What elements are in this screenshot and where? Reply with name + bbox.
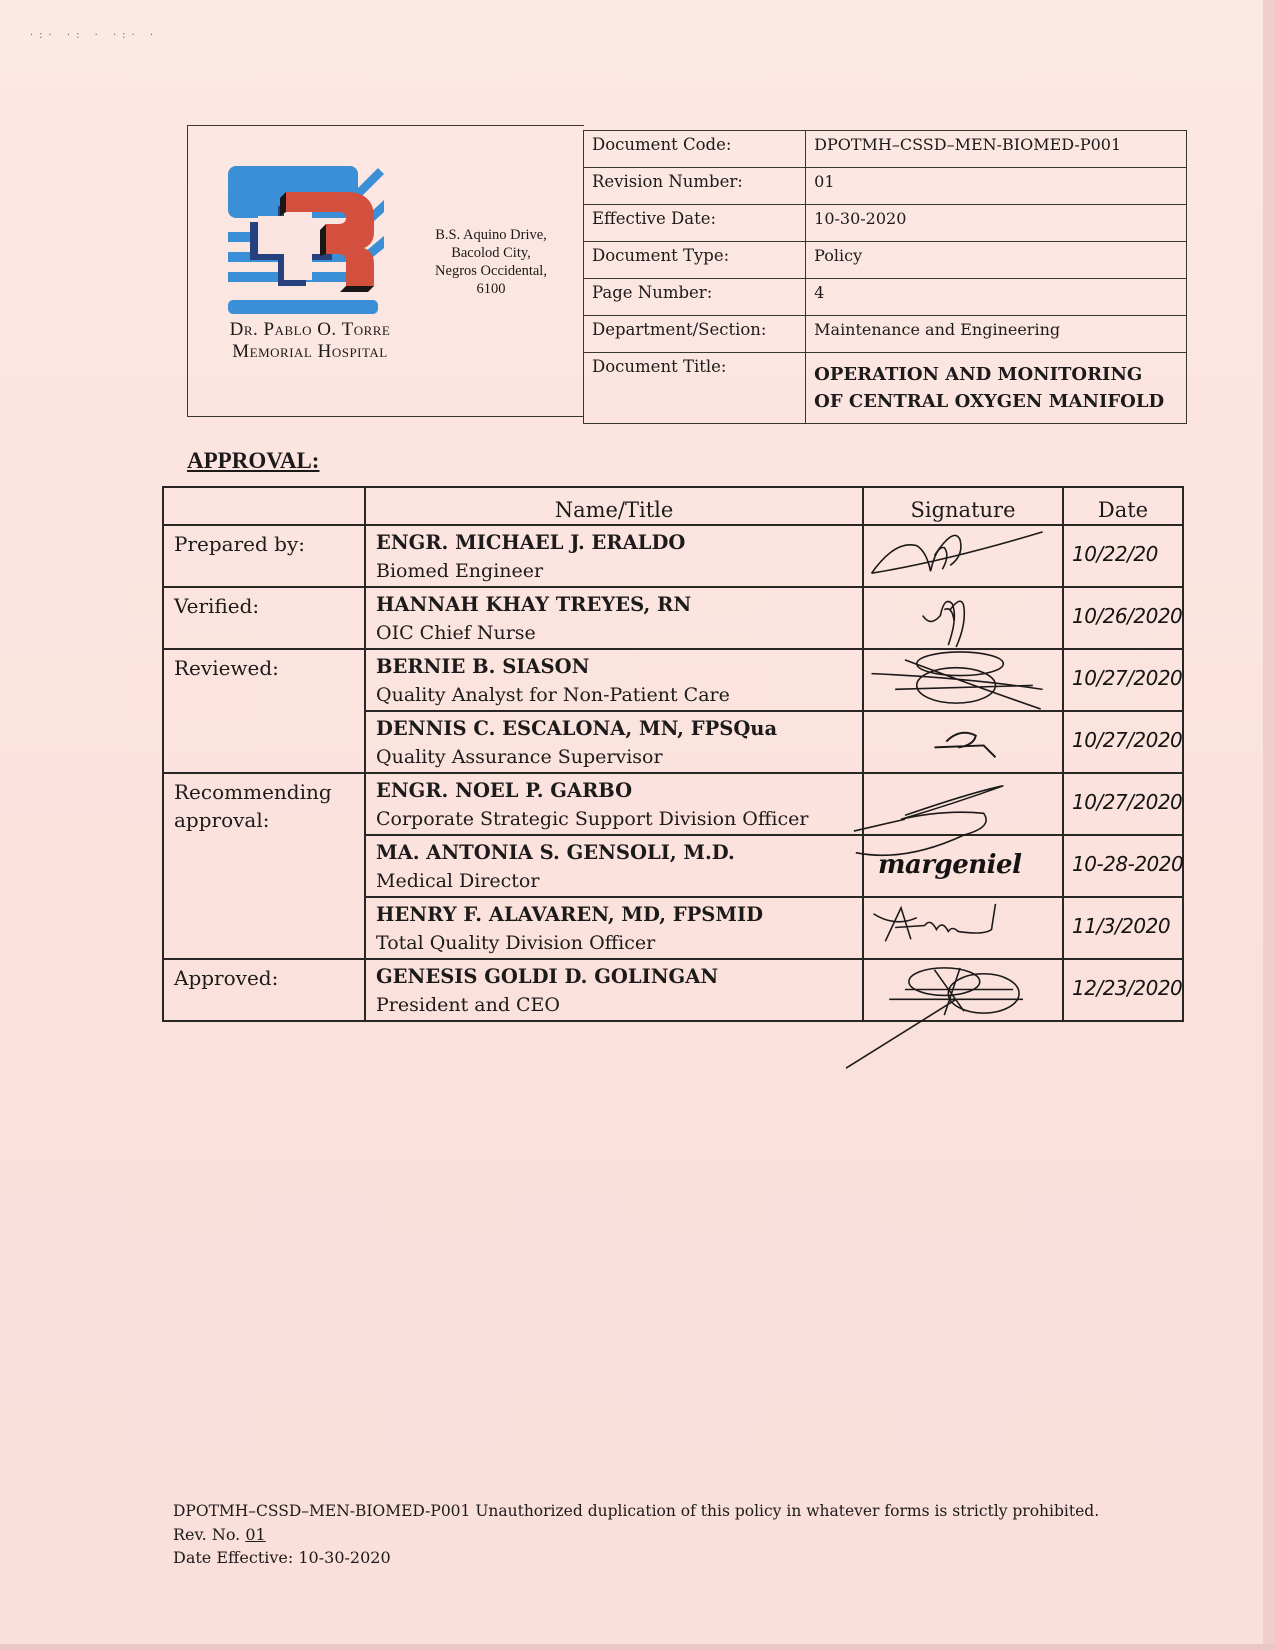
signatory-name: HENRY F. ALAVAREN, MD, FPSMID — [376, 901, 852, 929]
signatory: DENNIS C. ESCALONA, MN, FPSQua Quality A… — [365, 711, 863, 773]
date-cell: 10/22/20 — [1063, 525, 1183, 587]
address-line: 6100 — [416, 280, 566, 298]
approval-row: Reviewed: BERNIE B. SIASON Quality Analy… — [163, 649, 1183, 711]
scan-edge-bottom — [0, 1644, 1275, 1650]
date-cell: 10-28-2020 — [1063, 835, 1183, 897]
hospital-address: B.S. Aquino Drive, Bacolod City, Negros … — [416, 226, 566, 298]
date-cell: 11/3/2020 — [1063, 897, 1183, 959]
date-cell: 12/23/2020 — [1063, 959, 1183, 1021]
meta-row-document-title: Document Title: OPERATION AND MONITORING… — [584, 353, 1187, 424]
signature-cell — [863, 587, 1063, 649]
scan-edge — [1263, 0, 1275, 1650]
handwritten-date: 10/27/2020 — [1072, 666, 1182, 690]
signatory: MA. ANTONIA S. GENSOLI, M.D. Medical Dir… — [365, 835, 863, 897]
meta-row-revision-number: Revision Number: 01 — [584, 168, 1187, 205]
meta-label: Department/Section: — [584, 316, 806, 353]
meta-value: DPOTMH–CSSD–MEN-BIOMED-P001 — [806, 131, 1187, 168]
signature-cell — [863, 649, 1063, 711]
signatory-title: Corporate Strategic Support Division Off… — [376, 805, 852, 833]
signature-cell — [863, 959, 1063, 1021]
footer-date-value: 10-30-2020 — [298, 1548, 390, 1567]
column-header-role — [163, 487, 365, 525]
handwritten-signature: margeniel — [878, 850, 1021, 880]
meta-label: Document Title: — [584, 353, 806, 424]
column-header-signature: Signature — [863, 487, 1063, 525]
signatory-name: BERNIE B. SIASON — [376, 653, 852, 681]
approval-row: Approved: GENESIS GOLDI D. GOLINGAN Pres… — [163, 959, 1183, 1021]
footer-date-effective: Date Effective: 10-30-2020 — [173, 1546, 1099, 1569]
handwritten-date: 10-28-2020 — [1072, 852, 1183, 876]
signatory-name: ENGR. MICHAEL J. ERALDO — [376, 529, 852, 557]
meta-value: 4 — [806, 279, 1187, 316]
document-title: OPERATION AND MONITORING OF CENTRAL OXYG… — [806, 353, 1187, 424]
footer-rev-value: 01 — [245, 1525, 265, 1544]
signatory: HENRY F. ALAVAREN, MD, FPSMID Total Qual… — [365, 897, 863, 959]
signature-cell: margeniel — [863, 835, 1063, 897]
meta-label: Document Type: — [584, 242, 806, 279]
document-title-line2: OF CENTRAL OXYGEN MANIFOLD — [814, 388, 1178, 415]
document-meta-table: Document Code: DPOTMH–CSSD–MEN-BIOMED-P0… — [583, 130, 1187, 424]
hospital-name: Dr. Pablo O. Torre Memorial Hospital — [196, 319, 424, 363]
handwritten-date: 10/27/2020 — [1072, 790, 1182, 814]
signatory: ENGR. NOEL P. GARBO Corporate Strategic … — [365, 773, 863, 835]
signatory-title: President and CEO — [376, 991, 852, 1019]
meta-row-page-number: Page Number: 4 — [584, 279, 1187, 316]
signatory-name: DENNIS C. ESCALONA, MN, FPSQua — [376, 715, 852, 743]
document-footer: DPOTMH–CSSD–MEN-BIOMED-P001 Unauthorized… — [173, 1500, 1099, 1569]
meta-label: Page Number: — [584, 279, 806, 316]
hospital-name-line1: Dr. Pablo O. Torre — [196, 319, 424, 341]
meta-row-document-type: Document Type: Policy — [584, 242, 1187, 279]
signatory-title: Quality Analyst for Non-Patient Care — [376, 681, 852, 709]
handwritten-date: 10/26/2020 — [1072, 604, 1182, 628]
signature-icon — [864, 898, 1062, 958]
signatory-title: Biomed Engineer — [376, 557, 852, 585]
signatory-name: MA. ANTONIA S. GENSOLI, M.D. — [376, 839, 852, 867]
signatory: BERNIE B. SIASON Quality Analyst for Non… — [365, 649, 863, 711]
signature-cell — [863, 711, 1063, 773]
signature-icon — [864, 960, 1062, 1020]
date-cell: 10/26/2020 — [1063, 587, 1183, 649]
footer-date-label: Date Effective: — [173, 1548, 293, 1567]
address-line: B.S. Aquino Drive, — [416, 226, 566, 244]
signature-cell — [863, 525, 1063, 587]
role-label: Reviewed: — [163, 649, 365, 773]
signature-icon — [864, 774, 1062, 834]
role-label: Approved: — [163, 959, 365, 1021]
signatory-name: GENESIS GOLDI D. GOLINGAN — [376, 963, 852, 991]
signature-cell — [863, 773, 1063, 835]
signatory: ENGR. MICHAEL J. ERALDO Biomed Engineer — [365, 525, 863, 587]
meta-row-document-code: Document Code: DPOTMH–CSSD–MEN-BIOMED-P0… — [584, 131, 1187, 168]
footer-rev-label: Rev. No. — [173, 1525, 240, 1544]
document-title-line1: OPERATION AND MONITORING — [814, 361, 1178, 388]
meta-label: Revision Number: — [584, 168, 806, 205]
signatory: HANNAH KHAY TREYES, RN OIC Chief Nurse — [365, 587, 863, 649]
handwritten-date: 11/3/2020 — [1072, 914, 1170, 938]
hospital-cross-r-logo-icon — [228, 166, 386, 314]
meta-label: Effective Date: — [584, 205, 806, 242]
approval-row: Recommending approval: ENGR. NOEL P. GAR… — [163, 773, 1183, 835]
scan-specks: ·:· ·: · ·:· · — [30, 30, 159, 41]
hospital-name-line2: Memorial Hospital — [196, 341, 424, 363]
signatory-name: ENGR. NOEL P. GARBO — [376, 777, 852, 805]
signatory-title: Quality Assurance Supervisor — [376, 743, 852, 771]
approval-heading: APPROVAL: — [187, 448, 319, 474]
signatory-title: Total Quality Division Officer — [376, 929, 852, 957]
footer-notice: DPOTMH–CSSD–MEN-BIOMED-P001 Unauthorized… — [173, 1500, 1099, 1523]
signature-icon — [864, 588, 1062, 648]
date-cell: 10/27/2020 — [1063, 649, 1183, 711]
hospital-identity-box: Dr. Pablo O. Torre Memorial Hospital B.S… — [187, 125, 584, 417]
address-line: Negros Occidental, — [416, 262, 566, 280]
meta-value: Policy — [806, 242, 1187, 279]
address-line: Bacolod City, — [416, 244, 566, 262]
signatory-name: HANNAH KHAY TREYES, RN — [376, 591, 852, 619]
approval-row: Verified: HANNAH KHAY TREYES, RN OIC Chi… — [163, 587, 1183, 649]
date-cell: 10/27/2020 — [1063, 773, 1183, 835]
document-header: Dr. Pablo O. Torre Memorial Hospital B.S… — [187, 125, 1187, 423]
date-cell: 10/27/2020 — [1063, 711, 1183, 773]
signature-icon — [864, 650, 1062, 710]
approval-table: Name/Title Signature Date Prepared by: E… — [162, 486, 1184, 1022]
meta-row-department: Department/Section: Maintenance and Engi… — [584, 316, 1187, 353]
role-label: Recommending approval: — [163, 773, 365, 959]
meta-value: Maintenance and Engineering — [806, 316, 1187, 353]
signatory: GENESIS GOLDI D. GOLINGAN President and … — [365, 959, 863, 1021]
signature-icon — [864, 712, 1062, 772]
approval-row: Prepared by: ENGR. MICHAEL J. ERALDO Bio… — [163, 525, 1183, 587]
column-header-name-title: Name/Title — [365, 487, 863, 525]
handwritten-date: 10/27/2020 — [1072, 728, 1182, 752]
meta-value: 01 — [806, 168, 1187, 205]
signatory-title: Medical Director — [376, 867, 852, 895]
footer-revision: Rev. No. 01 — [173, 1523, 1099, 1546]
handwritten-date: 12/23/2020 — [1072, 976, 1182, 1000]
column-header-date: Date — [1063, 487, 1183, 525]
role-label: Verified: — [163, 587, 365, 649]
signatory-title: OIC Chief Nurse — [376, 619, 852, 647]
approval-header-row: Name/Title Signature Date — [163, 487, 1183, 525]
meta-value: 10-30-2020 — [806, 205, 1187, 242]
signature-icon — [864, 526, 1062, 586]
meta-label: Document Code: — [584, 131, 806, 168]
role-label: Prepared by: — [163, 525, 365, 587]
handwritten-date: 10/22/20 — [1072, 542, 1158, 566]
signature-cell — [863, 897, 1063, 959]
meta-row-effective-date: Effective Date: 10-30-2020 — [584, 205, 1187, 242]
